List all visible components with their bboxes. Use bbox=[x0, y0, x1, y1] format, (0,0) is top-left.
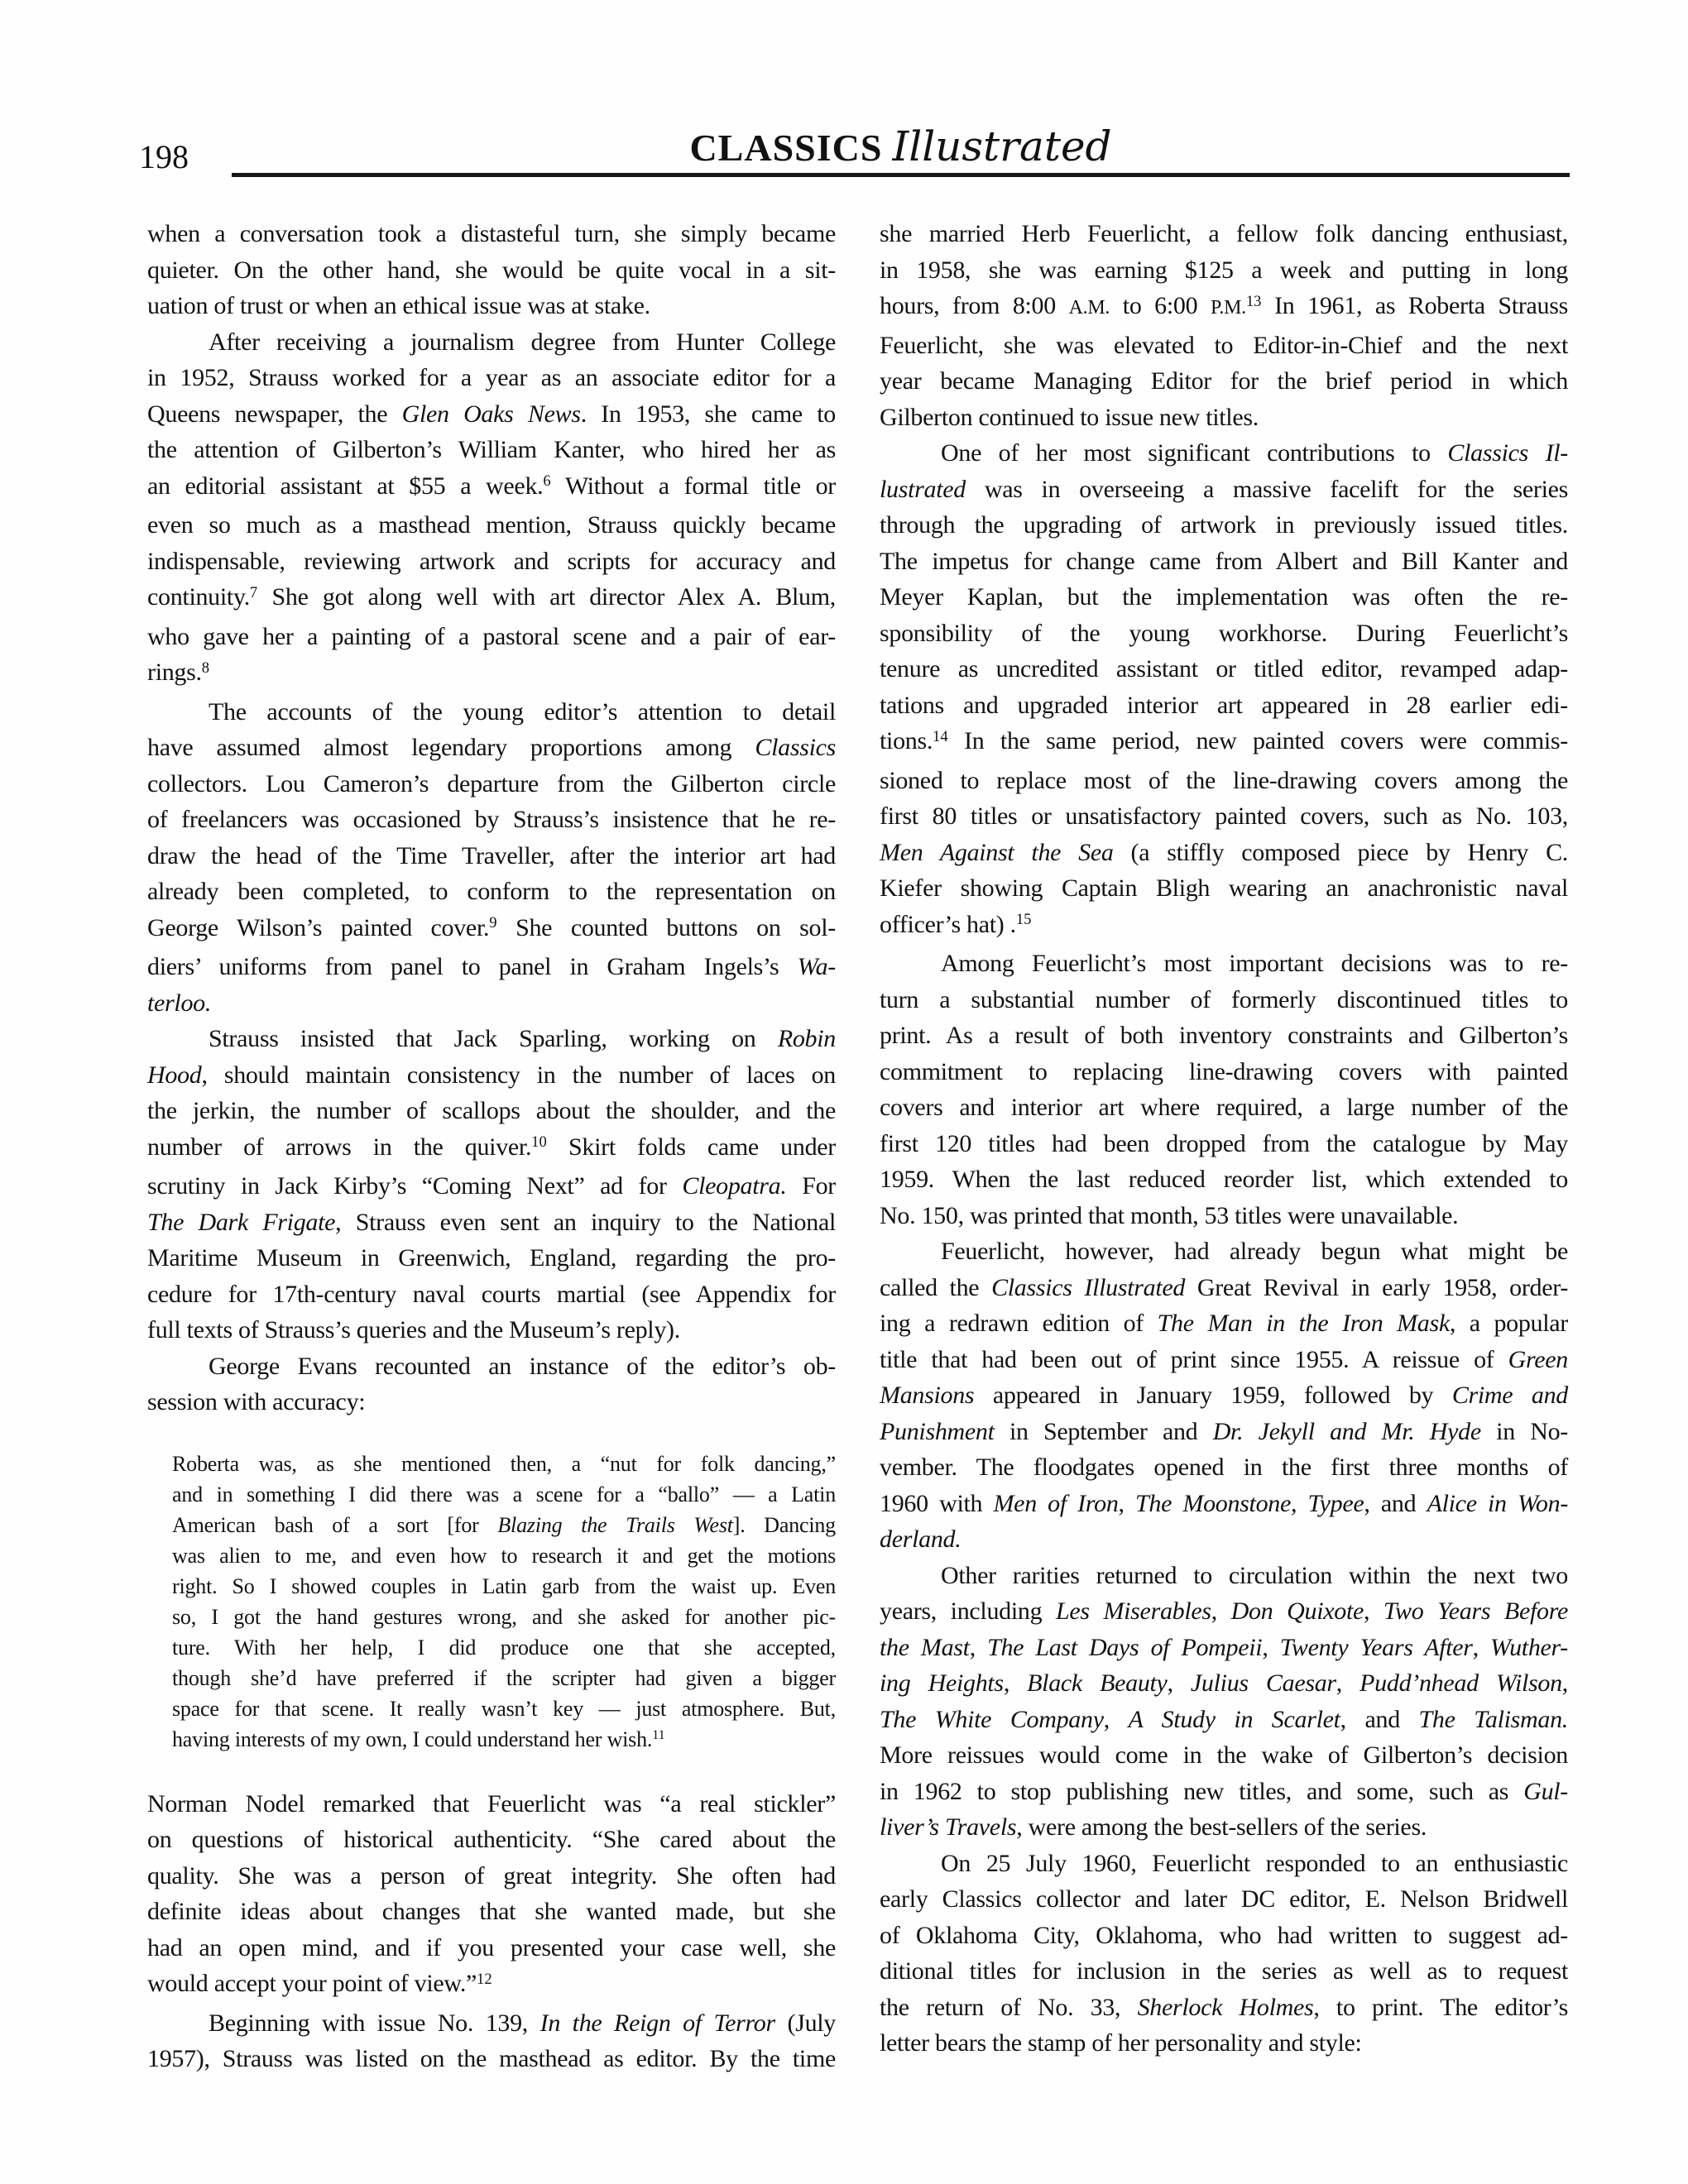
italic-title: Green bbox=[1508, 1346, 1568, 1373]
italic-title: The Dark Frigate bbox=[147, 1209, 335, 1236]
text-line: Norman Nodel remarked that Feuerlicht wa… bbox=[147, 1786, 836, 1822]
text-line: in 1962 to stop publishing new titles, a… bbox=[880, 1774, 1568, 1810]
text-line: already been completed, to conform to th… bbox=[147, 874, 836, 910]
text-line: Among Feuerlicht’s most important decisi… bbox=[880, 946, 1568, 982]
text-line: letter bears the stamp of her personalit… bbox=[880, 2025, 1568, 2062]
text-line: having interests of my own, I could unde… bbox=[172, 1724, 836, 1758]
book-title-main: CLASSICS bbox=[689, 127, 882, 169]
italic-title: Twenty Years After bbox=[1280, 1634, 1473, 1661]
page-number: 198 bbox=[139, 141, 189, 174]
text-line: title that had been out of print since 1… bbox=[880, 1342, 1568, 1378]
text-line: of Oklahoma City, Oklahoma, who had writ… bbox=[880, 1918, 1568, 1954]
footnote-reference: 10 bbox=[531, 1133, 547, 1151]
text-line: the return of No. 33, Sherlock Holmes, t… bbox=[880, 1990, 1568, 2026]
paragraph: One of her most significant contribution… bbox=[880, 435, 1568, 946]
text-line: though she’d have preferred if the scrip… bbox=[172, 1663, 836, 1693]
text-line: Hood, should maintain consistency in the… bbox=[147, 1057, 836, 1094]
paragraph: After receiving a journalism degree from… bbox=[147, 324, 836, 694]
italic-title: Robin bbox=[778, 1025, 836, 1052]
text-line: Strauss insisted that Jack Sparling, wor… bbox=[147, 1021, 836, 1057]
text-line: scrutiny in Jack Kirby’s “Coming Next” a… bbox=[147, 1168, 836, 1205]
italic-title: Classics Illustrated bbox=[991, 1274, 1185, 1301]
text-line: space for that scene. It really wasn’t k… bbox=[172, 1693, 836, 1724]
text-line: ture. With her help, I did produce one t… bbox=[172, 1632, 836, 1663]
text-line: Punishment in September and Dr. Jekyll a… bbox=[880, 1414, 1568, 1450]
italic-title: The Man in the Iron Mask bbox=[1158, 1310, 1450, 1337]
italic-title: Sherlock Holmes bbox=[1138, 1994, 1314, 2021]
text-line: The Dark Frigate, Strauss even sent an i… bbox=[147, 1205, 836, 1241]
paragraph: The accounts of the young editor’s atten… bbox=[147, 694, 836, 1022]
text-line: tenure as uncredited assistant or titled… bbox=[880, 651, 1568, 687]
text-line: was alien to me, and even how to researc… bbox=[172, 1540, 836, 1571]
footnote-reference: 15 bbox=[1016, 911, 1032, 928]
text-line: who gave her a painting of a pastoral sc… bbox=[147, 619, 836, 655]
footnote-reference: 9 bbox=[489, 914, 496, 932]
text-line: Men Against the Sea (a stiffly composed … bbox=[880, 835, 1568, 871]
text-line: Feuerlicht, she was elevated to Editor-i… bbox=[880, 328, 1568, 364]
paragraph: she married Herb Feuerlicht, a fellow fo… bbox=[880, 216, 1568, 435]
text-line: the attention of Gilberton’s William Kan… bbox=[147, 432, 836, 468]
italic-title: Wa- bbox=[798, 953, 836, 980]
header-rule: CLASSICSIllustrated bbox=[232, 126, 1570, 177]
paragraph: Among Feuerlicht’s most important decisi… bbox=[880, 946, 1568, 1233]
text-line: have assumed almost legendary proportion… bbox=[147, 730, 836, 766]
text-line: ditional titles for inclusion in the ser… bbox=[880, 1953, 1568, 1990]
small-caps: P.M. bbox=[1211, 297, 1246, 318]
text-line: draw the head of the Time Traveller, aft… bbox=[147, 838, 836, 874]
text-line: session with accuracy: bbox=[147, 1384, 836, 1420]
text-line: One of her most significant contribution… bbox=[880, 435, 1568, 472]
text-line: first 120 titles had been dropped from t… bbox=[880, 1126, 1568, 1162]
italic-title: Mansions bbox=[880, 1382, 974, 1409]
text-line: More reissues would come in the wake of … bbox=[880, 1737, 1568, 1774]
small-caps: A.M. bbox=[1069, 297, 1110, 318]
text-line: 1960 with Men of Iron, The Moonstone, Ty… bbox=[880, 1486, 1568, 1522]
text-line: On 25 July 1960, Feuerlicht responded to… bbox=[880, 1846, 1568, 1882]
text-line: sponsibility of the young workhorse. Dur… bbox=[880, 615, 1568, 652]
footnote-reference: 7 bbox=[250, 584, 257, 601]
text-line: vember. The floodgates opened in the fir… bbox=[880, 1449, 1568, 1486]
italic-title: Punishment bbox=[880, 1418, 995, 1445]
text-line: 1959. When the last reduced reorder list… bbox=[880, 1161, 1568, 1198]
italic-title: Alice in Won- bbox=[1427, 1490, 1568, 1517]
italic-title: the Mast bbox=[880, 1634, 970, 1661]
italic-title: A Study in Scarlet bbox=[1129, 1706, 1340, 1733]
italic-title: Men Against the Sea bbox=[880, 839, 1114, 866]
text-line: No. 150, was printed that month, 53 titl… bbox=[880, 1198, 1568, 1234]
paragraph: George Evans recounted an instance of th… bbox=[147, 1348, 836, 1420]
italic-title: The White Company bbox=[880, 1706, 1104, 1733]
text-line: lustrated was in overseeing a massive fa… bbox=[880, 472, 1568, 508]
text-line: in 1958, she was earning $125 a week and… bbox=[880, 252, 1568, 289]
page-header: 198 CLASSICSIllustrated bbox=[147, 126, 1570, 177]
paragraph: when a conversation took a distasteful t… bbox=[147, 216, 836, 324]
block-quote: Roberta was, as she mentioned then, a “n… bbox=[172, 1449, 836, 1758]
text-line: quality. She was a person of great integ… bbox=[147, 1858, 836, 1894]
italic-title: derland. bbox=[880, 1525, 961, 1553]
text-line: George Evans recounted an instance of th… bbox=[147, 1348, 836, 1385]
text-line: uation of trust or when an ethical issue… bbox=[147, 288, 836, 324]
footnote-reference: 12 bbox=[477, 1971, 492, 1988]
italic-title: Gul- bbox=[1523, 1778, 1568, 1805]
text-line: liver’s Travels, were among the best-sel… bbox=[880, 1809, 1568, 1846]
text-line: Roberta was, as she mentioned then, a “n… bbox=[172, 1449, 836, 1479]
paragraph: Feuerlicht, however, had already begun w… bbox=[880, 1233, 1568, 1558]
text-line: covers and interior art where required, … bbox=[880, 1090, 1568, 1126]
text-line: Meyer Kaplan, but the implementation was… bbox=[880, 579, 1568, 615]
text-line: Kiefer showing Captain Bligh wearing an … bbox=[880, 870, 1568, 907]
text-line: hours, from 8:00 A.M. to 6:00 P.M.13 In … bbox=[880, 288, 1568, 328]
text-line: officer’s hat) .15 bbox=[880, 907, 1568, 946]
text-line: tions.14 In the same period, new painted… bbox=[880, 723, 1568, 763]
text-line: After receiving a journalism degree from… bbox=[147, 324, 836, 361]
italic-title: Crime and bbox=[1452, 1382, 1568, 1409]
text-line: definite ideas about changes that she wa… bbox=[147, 1894, 836, 1930]
text-line: on questions of historical authenticity.… bbox=[147, 1822, 836, 1858]
text-line: sioned to replace most of the line-drawi… bbox=[880, 763, 1568, 799]
text-line: the jerkin, the number of scallops about… bbox=[147, 1093, 836, 1129]
book-page: 198 CLASSICSIllustrated when a conversat… bbox=[0, 0, 1688, 2184]
paragraph: Strauss insisted that Jack Sparling, wor… bbox=[147, 1021, 836, 1348]
text-line: The impetus for change came from Albert … bbox=[880, 544, 1568, 580]
text-line: first 80 titles or unsatisfactory painte… bbox=[880, 798, 1568, 835]
text-line: Other rarities returned to circulation w… bbox=[880, 1558, 1568, 1594]
text-line: through the upgrading of artwork in prev… bbox=[880, 507, 1568, 544]
text-line: The accounts of the young editor’s atten… bbox=[147, 694, 836, 730]
italic-title: In the Reign of Terror bbox=[540, 2009, 775, 2037]
text-line: even so much as a masthead mention, Stra… bbox=[147, 507, 836, 544]
text-line: rings.8 bbox=[147, 654, 836, 694]
text-line: would accept your point of view.”12 bbox=[147, 1966, 836, 2005]
footnote-reference: 13 bbox=[1246, 293, 1262, 310]
text-line: in 1952, Strauss worked for a year as an… bbox=[147, 360, 836, 396]
italic-title: Dr. Jekyll and Mr. Hyde bbox=[1213, 1418, 1481, 1445]
italic-title: Glen Oaks News bbox=[402, 400, 581, 428]
italic-title: terloo. bbox=[147, 989, 211, 1017]
italic-title: Julius Caesar bbox=[1191, 1669, 1336, 1697]
text-line: terloo. bbox=[147, 985, 836, 1022]
text-line: Gilberton continued to issue new titles. bbox=[880, 400, 1568, 436]
text-line: number of arrows in the quiver.10 Skirt … bbox=[147, 1129, 836, 1169]
italic-title: Two Years Before bbox=[1383, 1597, 1568, 1625]
text-line: turn a substantial number of formerly di… bbox=[880, 982, 1568, 1018]
text-line: Queens newspaper, the Glen Oaks News. In… bbox=[147, 396, 836, 433]
italic-title: The Talisman. bbox=[1419, 1706, 1568, 1733]
text-line: American bash of a sort [for Blazing the… bbox=[172, 1510, 836, 1540]
text-line: so, I got the hand gestures wrong, and s… bbox=[172, 1602, 836, 1632]
italic-title: Cleopatra. bbox=[682, 1172, 786, 1200]
column-right: she married Herb Feuerlicht, a fellow fo… bbox=[880, 216, 1568, 2077]
footnote-reference: 11 bbox=[652, 1728, 665, 1742]
italic-title: Men of Iron bbox=[993, 1490, 1118, 1517]
italic-title: The Last Days of Pompeii bbox=[987, 1634, 1262, 1661]
text-line: and in something I did there was a scene… bbox=[172, 1479, 836, 1510]
text-line: an editorial assistant at $55 a week.6 W… bbox=[147, 468, 836, 508]
paragraph: On 25 July 1960, Feuerlicht responded to… bbox=[880, 1846, 1568, 2062]
italic-title: lustrated bbox=[880, 476, 966, 503]
text-line: diers’ uniforms from panel to panel in G… bbox=[147, 949, 836, 985]
italic-title: Wuther- bbox=[1490, 1634, 1568, 1661]
text-line: had an open mind, and if you presented y… bbox=[147, 1930, 836, 1966]
book-title-script: Illustrated bbox=[892, 122, 1111, 170]
italic-title: Hood bbox=[147, 1061, 201, 1089]
text-line: the Mast, The Last Days of Pompeii, Twen… bbox=[880, 1630, 1568, 1666]
text-line: Maritime Museum in Greenwich, England, r… bbox=[147, 1240, 836, 1276]
text-line: full texts of Strauss’s queries and the … bbox=[147, 1312, 836, 1348]
text-line: commitment to replacing line-drawing cov… bbox=[880, 1054, 1568, 1090]
text-line: tations and upgraded interior art appear… bbox=[880, 687, 1568, 724]
text-line: right. So I showed couples in Latin garb… bbox=[172, 1571, 836, 1602]
italic-title: Typee bbox=[1308, 1490, 1364, 1517]
italic-title: Classics Il- bbox=[1447, 439, 1568, 467]
text-line: derland. bbox=[880, 1521, 1568, 1558]
text-line: Mansions appeared in January 1959, follo… bbox=[880, 1377, 1568, 1414]
text-line: ing a redrawn edition of The Man in the … bbox=[880, 1305, 1568, 1342]
text-line: years, including Les Miserables, Don Qui… bbox=[880, 1593, 1568, 1630]
text-line: early Classics collector and later DC ed… bbox=[880, 1881, 1568, 1918]
italic-title: The Moonstone bbox=[1135, 1490, 1291, 1517]
footnote-reference: 14 bbox=[933, 728, 948, 745]
text-line: called the Classics Illustrated Great Re… bbox=[880, 1270, 1568, 1306]
text-line: indispensable, reviewing artwork and scr… bbox=[147, 544, 836, 580]
text-line: when a conversation took a distasteful t… bbox=[147, 216, 836, 252]
column-left: when a conversation took a distasteful t… bbox=[147, 216, 836, 2077]
text-line: continuity.7 She got along well with art… bbox=[147, 579, 836, 619]
text-line: cedure for 17th-century naval courts mar… bbox=[147, 1276, 836, 1313]
italic-title: Pudd’nhead Wilson bbox=[1360, 1669, 1562, 1697]
paragraph: Beginning with issue No. 139, In the Rei… bbox=[147, 2005, 836, 2077]
footnote-reference: 6 bbox=[543, 472, 550, 490]
text-line: collectors. Lou Cameron’s departure from… bbox=[147, 766, 836, 802]
italic-title: ing Heights bbox=[880, 1669, 1004, 1697]
paragraph: Other rarities returned to circulation w… bbox=[880, 1558, 1568, 1846]
text-line: print. As a result of both inventory con… bbox=[880, 1018, 1568, 1054]
paragraph: Norman Nodel remarked that Feuerlicht wa… bbox=[147, 1786, 836, 2005]
text-line: Beginning with issue No. 139, In the Rei… bbox=[147, 2005, 836, 2042]
italic-title: Classics bbox=[755, 734, 836, 761]
italic-title: Black Beauty bbox=[1027, 1669, 1167, 1697]
text-line: Feuerlicht, however, had already begun w… bbox=[880, 1233, 1568, 1270]
text-line: 1957), Strauss was listed on the masthea… bbox=[147, 2041, 836, 2077]
italic-title: Les Miserables bbox=[1056, 1597, 1211, 1625]
text-line: George Wilson’s painted cover.9 She coun… bbox=[147, 910, 836, 950]
text-line: she married Herb Feuerlicht, a fellow fo… bbox=[880, 216, 1568, 252]
text-line: year became Managing Editor for the brie… bbox=[880, 363, 1568, 400]
text-columns: when a conversation took a distasteful t… bbox=[147, 216, 1570, 2077]
italic-title: Blazing the Trails West bbox=[497, 1513, 732, 1537]
text-line: The White Company, A Study in Scarlet, a… bbox=[880, 1702, 1568, 1738]
footnote-reference: 8 bbox=[202, 659, 209, 677]
italic-title: liver’s Travels bbox=[880, 1813, 1016, 1841]
text-line: ing Heights, Black Beauty, Julius Caesar… bbox=[880, 1665, 1568, 1702]
italic-title: Don Quixote bbox=[1231, 1597, 1364, 1625]
text-line: quieter. On the other hand, she would be… bbox=[147, 252, 836, 289]
text-line: of freelancers was occasioned by Strauss… bbox=[147, 802, 836, 838]
